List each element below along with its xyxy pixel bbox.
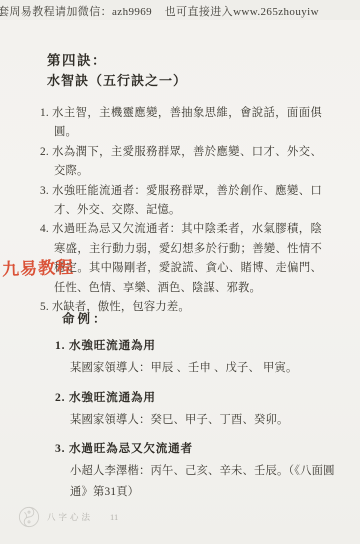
example-case: 1. 水強旺流通為用 某國家領導人：甲辰 、壬申 、戊子、 甲寅。	[55, 337, 347, 379]
examples-heading: 命例：	[62, 309, 347, 327]
list-item-number: 4.	[40, 223, 49, 235]
list-item-number: 3.	[40, 185, 49, 197]
scanned-book-page: 套周易教程请加微信：azh9969 也可直接进入www.265zhouyiw 第…	[0, 0, 360, 544]
list-item: 3.水強旺能流通者：愛服務群眾，善於創作、應變、口才、外交、交際、記憶。	[40, 182, 322, 221]
example-title: 2. 水強旺流通為用	[55, 389, 347, 405]
example-case: 2. 水強旺流通為用 某國家領導人：癸巳、甲子、丁酉、癸卯。	[55, 389, 347, 431]
example-title: 3. 水過旺為忌又欠流通者	[55, 440, 347, 456]
examples-section: 命例： 1. 水強旺流通為用 某國家領導人：甲辰 、壬申 、戊子、 甲寅。 2.…	[55, 309, 347, 502]
example-title: 1. 水強旺流通為用	[55, 337, 347, 353]
red-watermark: 九易教程	[2, 253, 75, 280]
list-item: 1.水主智，主機靈應變，善抽象思維，會說話，面面俱圓。	[40, 104, 322, 143]
example-body: 某國家領導人：甲辰 、壬申 、戊子、 甲寅。	[70, 358, 347, 379]
list-item: 4.水過旺為忌又欠流通者：其中陰柔者，水氣膠積，陰寒盛，主行動力弱，愛幻想多於行…	[40, 220, 322, 298]
list-item-text: 水為潤下，主愛服務群眾，善於應變、口才、外交、交際。	[52, 146, 322, 177]
list-item-number: 1.	[40, 107, 49, 119]
footer-page-number: 11	[110, 512, 118, 522]
section-subtitle: 水智訣（五行訣之一）	[47, 70, 187, 89]
list-item-text: 水強旺能流通者：愛服務群眾，善於創作、應變、口才、外交、交際、記憶。	[52, 185, 322, 216]
list-item: 2.水為潤下，主愛服務群眾，善於應變、口才、外交、交際。	[40, 143, 322, 182]
list-item-number: 2.	[40, 146, 49, 158]
footer-book-title: 八字心法	[47, 511, 93, 523]
taiji-swirl-logo-icon	[18, 506, 40, 528]
list-item-number: 5.	[40, 301, 49, 313]
promo-header-text: 套周易教程请加微信：azh9969 也可直接进入www.265zhouyiw	[0, 3, 319, 19]
page-footer: 八字心法 11	[18, 505, 118, 529]
section-title: 第四訣：	[47, 49, 107, 69]
promo-header: 套周易教程请加微信：azh9969 也可直接进入www.265zhouyiw	[0, 0, 360, 20]
list-item-text: 水主智，主機靈應變，善抽象思維，會說話，面面俱圓。	[52, 107, 322, 138]
list-item-text: 水過旺為忌又欠流通者：其中陰柔者，水氣膠積，陰寒盛，主行動力弱，愛幻想多於行動；…	[52, 223, 322, 293]
example-case: 3. 水過旺為忌又欠流通者 小超人李澤楷：丙午、己亥、辛未、壬辰。（《八面圓通》…	[55, 440, 347, 502]
example-body: 小超人李澤楷：丙午、己亥、辛未、壬辰。（《八面圓通》第31頁）	[70, 461, 347, 502]
example-body: 某國家領導人：癸巳、甲子、丁酉、癸卯。	[70, 410, 347, 431]
numbered-points-list: 1.水主智，主機靈應變，善抽象思維，會說話，面面俱圓。 2.水為潤下，主愛服務群…	[40, 104, 322, 317]
